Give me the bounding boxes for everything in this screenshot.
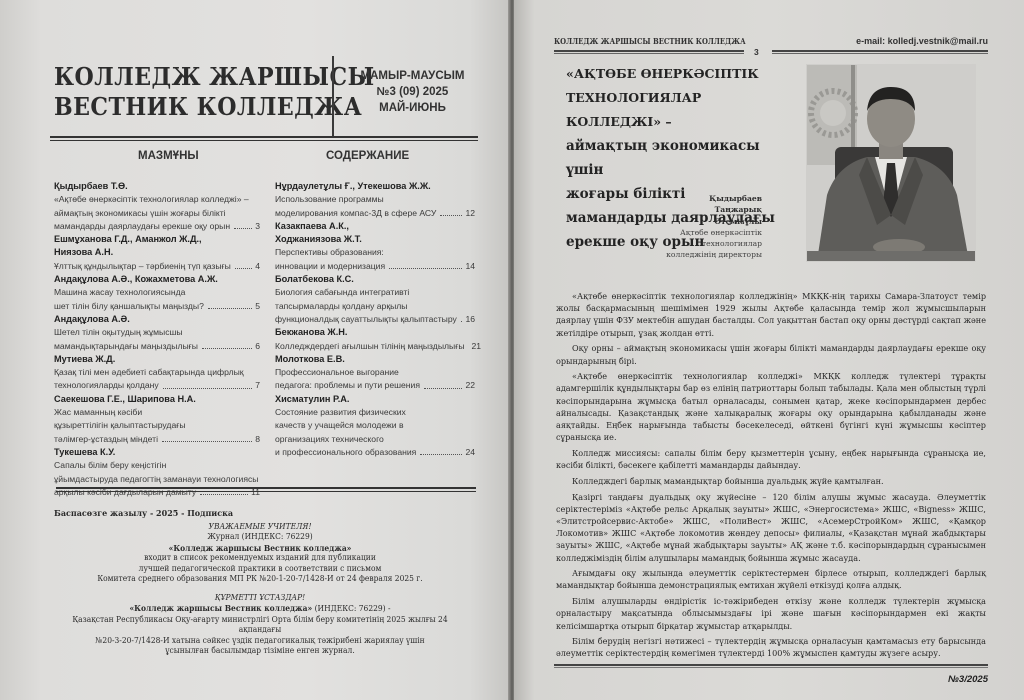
footer-issue-number: №3/2025 [948,674,988,685]
toc-entry-title-line: Ұлттық құндылықтар – тәрбиенің түп қазығ… [54,260,260,273]
toc-column-right: Нұрдаулетұлы Ғ., Утекешова Ж.Ж.Использов… [275,180,475,459]
toc-page-number: 8 [255,433,260,446]
toc-heading-kk: МАЗМҰНЫ [138,150,199,162]
toc-entry-title: құзыреттілігін қалыптастырудағы [54,419,260,432]
toc-entry-title: технологияларды қолдану [54,379,159,392]
director-photo [806,64,976,262]
toc-entry-title: «Ақтөбе өнеркәсіптік технологиялар колле… [54,193,260,206]
toc-page-number: 3 [255,220,260,233]
toc-entry-authors: Андақұлова А.Ә., Кожахметова А.Ж. [54,273,260,286]
toc-entry-authors: Ешмұханова Г.Д., Аманжол Ж.Д., [54,233,260,246]
toc-entry-title: аймақтың экономикасы үшін жоғары білікті [54,207,260,220]
toc-entry-authors: Мутиева Ж.Д. [54,353,260,366]
toc-entry-authors: Ходжаниязова Ж.Т. [275,233,475,246]
toc-entry[interactable]: Бекжанова Ж.Н.Колледждердегі ағылшын тіл… [275,326,475,353]
toc-leader-dots [440,207,462,216]
article-paragraph: «Ақтөбе өнеркәсіптік технологиялар колле… [556,370,986,443]
toc-entry[interactable]: Казакпаева А.К.,Ходжаниязова Ж.Т.Перспек… [275,220,475,273]
article-paragraph: Ағымдағы оқу жылында әлеуметтік серіктес… [556,567,986,591]
toc-entry-title-line: шет тілін білу қаншалықты маңызды?5 [54,300,260,313]
toc-entry-title: Колледждердегі ағылшын тілінің маңыздылы… [275,340,465,353]
toc-entry-title: тәлімгер-ұстаздың міндеті [54,433,158,446]
toc-entry-title-line: мамандарды даярлаудағы ерекше оқу орын3 [54,220,260,233]
toc-leader-dots [389,260,462,269]
toc-entry-title: тапсырмаларды қолдану арқылы [275,300,475,313]
toc-entry-authors: Молоткова Е.В. [275,353,475,366]
notice-ru-line: Комитета среднего образования МП РК №20-… [72,574,448,584]
toc-entry-authors: Нұрдаулетұлы Ғ., Утекешова Ж.Ж. [275,180,475,193]
toc-entry-title-line: технологияларды қолдану7 [54,379,260,392]
toc-heading-ru: СОДЕРЖАНИЕ [326,150,409,162]
notice-ru-journal-name: «Колледж жаршысы Вестник колледжа» [72,543,448,553]
toc-entry-title: Сапалы білім беру кеңістігін [54,459,260,472]
toc-leader-dots [162,433,252,442]
article-title-line: ТЕХНОЛОГИЯЛАР КОЛЛЕДЖІ» – [566,86,796,134]
subscription-heading: Баспасөзге жазылу - 2025 - Подписка [54,508,233,518]
right-page: КОЛЛЕДЖ ЖАРШЫСЫ ВЕСТНИК КОЛЛЕДЖА e-mail:… [514,0,1024,700]
toc-entry-title: Ұлттық құндылықтар – тәрбиенің түп қазығ… [54,260,231,273]
author-name-line: Өтемісұлы [666,216,762,227]
author-name-line: Таңжарық [666,204,762,215]
article-paragraph: Колледждегі барлық мамандықтар бойынша д… [556,475,986,487]
toc-entry-authors: Тукешева К.У. [54,446,260,459]
contact-email[interactable]: e-mail: kolledj.vestnik@mail.ru [856,36,988,46]
toc-entry-authors: Бекжанова Ж.Н. [275,326,475,339]
toc-entry[interactable]: Ешмұханова Г.Д., Аманжол Ж.Д.,Ниязова А.… [54,233,260,273]
notice-ru-line: лучшей педагогической практики в соответ… [72,564,448,574]
header-rule-left [554,50,744,54]
toc-entry[interactable]: Қыдырбаев Т.Ө.«Ақтөбе өнеркәсіптік техно… [54,180,260,233]
notice-ru: УВАЖАЕМЫЕ УЧИТЕЛЯ! Журнал (ИНДЕКС: 76229… [72,522,448,584]
toc-entry-title: функционалдық сауаттылықты қалыптастыру [275,313,457,326]
toc-entry-title: Биология сабағында интегративті [275,286,475,299]
toc-entry[interactable]: Андақұлова А.Ә., Кожахметова А.Ж.Машина … [54,273,260,313]
toc-page-number: 21 [472,340,482,353]
toc-entry-authors: Казакпаева А.К., [275,220,475,233]
notice-kk-journal-name: «Колледж жаршысы Вестник колледжа» [129,603,312,613]
article-body: «Ақтөбе өнеркәсіптік технологиялар колле… [556,290,986,663]
toc-entry-title-line: тәлімгер-ұстаздың міндеті8 [54,433,260,446]
toc-leader-dots [163,379,253,388]
notice-ru-line: входит в список рекомендуемых изданий дл… [72,553,448,563]
toc-leader-dots [420,446,462,455]
toc-entry-title-line: моделирования компас-3Д в сфере АСУ12 [275,207,475,220]
author-position-line: колледжінің директоры [666,249,762,260]
toc-entry-authors: Болатбекова К.С. [275,273,475,286]
toc-entry-title: Состояние развития физических [275,406,475,419]
article-title-line: аймақтың экономикасы үшін [566,134,796,182]
article-paragraph: Оқу орны – аймақтың экономикасы үшін жоғ… [556,342,986,366]
toc-entry-title-line: функционалдық сауаттылықты қалыптастыру1… [275,313,475,326]
toc-leader-dots [461,313,463,322]
issue-months-kk: МАМЫР-МАУСЫМ [345,68,480,84]
toc-entry[interactable]: Нұрдаулетұлы Ғ., Утекешова Ж.Ж.Использов… [275,180,475,220]
toc-column-left: Қыдырбаев Т.Ө.«Ақтөбе өнеркәсіптік техно… [54,180,260,499]
toc-entry[interactable]: Молоткова Е.В.Профессиональное выгорание… [275,353,475,393]
notice-kk-greeting: ҚҰРМЕТТІ ҰСТАЗДАР! [67,593,452,603]
toc-entry-authors: Ниязова А.Н. [54,246,260,259]
issue-number: №3 (09) 2025 [345,84,480,100]
header-rule-right [772,50,988,54]
issue-info: МАМЫР-МАУСЫМ №3 (09) 2025 МАЙ-ИЮНЬ [345,68,480,116]
toc-entry-title-line: инновации и модернизация14 [275,260,475,273]
notice-kk-line: №20-3-20-7/1428-И хатына сәйкес үздік пе… [67,636,452,646]
toc-entry-title: Шетел тілін оқытудың жұмысшы [54,326,260,339]
masthead-divider [332,56,334,136]
toc-bottom-rule [56,487,476,492]
masthead: КОЛЛЕДЖ ЖАРШЫСЫ ВЕСТНИК КОЛЛЕДЖА МАМЫР-М… [50,52,478,136]
toc-page-number: 7 [255,379,260,392]
article-paragraph: Колледж миссиясы: сапалы білім беру қызм… [556,447,986,471]
article-author: ҚыдырбаевТаңжарықӨтемісұлыАқтөбе өнеркәс… [666,193,762,261]
author-position-line: технологиялар [666,238,762,249]
journal-title-ru: ВЕСТНИК КОЛЛЕДЖА [54,92,362,121]
toc-page-number: 4 [255,260,260,273]
toc-entry-authors: Саекешова Г.Е., Шарипова Н.А. [54,393,260,406]
toc-entry-title-line: мамандықтарындағы маңыздылығы6 [54,340,260,353]
toc-entry[interactable]: Болатбекова К.С.Биология сабағында интег… [275,273,475,326]
toc-page-number: 6 [255,340,260,353]
portrait-image [807,65,975,261]
toc-leader-dots [424,379,462,388]
toc-entry-title: качеств у учащейся молодежи в [275,419,475,432]
journal-title-kk: КОЛЛЕДЖ ЖАРШЫСЫ [54,62,375,91]
toc-entry-authors: Андақұлова А.Ә. [54,313,260,326]
masthead-rule [50,136,478,141]
toc-entry-title: мамандарды даярлаудағы ерекше оқу орын [54,220,230,233]
page-number: 3 [754,47,759,57]
notice-kk: ҚҰРМЕТТІ ҰСТАЗДАР! «Колледж жаршысы Вест… [67,593,452,656]
toc-entry-title: и профессионального образования [275,446,416,459]
toc-entry-title: Использование программы [275,193,475,206]
article-paragraph: Білім берудің негізгі нәтижесі – түлекте… [556,635,986,659]
toc-entry-title: Профессиональное выгорание [275,366,475,379]
toc-page-number: 24 [465,446,475,459]
toc-page-number: 14 [465,260,475,273]
article-paragraph: «Ақтөбе өнеркәсіптік технологиялар колле… [556,290,986,339]
toc-entry[interactable]: Андақұлова А.Ә.Шетел тілін оқытудың жұмы… [54,313,260,353]
toc-entry-authors: Хисматулин Р.А. [275,393,475,406]
toc-entry-title: моделирования компас-3Д в сфере АСУ [275,207,436,220]
toc-page-number: 22 [465,379,475,392]
notice-kk-index: (ИНДЕКС: 76229) - [312,604,390,613]
toc-entry[interactable]: Хисматулин Р.А.Состояние развития физиче… [275,393,475,459]
toc-entry[interactable]: Мутиева Ж.Д.Қазақ тілі мен әдебиеті саба… [54,353,260,393]
footer-rule [554,664,988,668]
toc-entry-title: ұйымдастыруда педагогтің заманауи технол… [54,473,260,486]
article-title-line: «АҚТӨБЕ ӨНЕРКӘСІПТІК [566,62,796,86]
toc-entry-title: инновации и модернизация [275,260,385,273]
toc-page-number: 5 [255,300,260,313]
toc-entry-title: Машина жасау технологиясында [54,286,260,299]
issue-months-ru: МАЙ-ИЮНЬ [345,100,480,116]
notice-kk-line: Қазақстан Республикасы Оқу-ағарту минист… [67,615,452,636]
toc-entry-title: Жас маманның кәсіби [54,406,260,419]
notice-ru-line: Журнал (ИНДЕКС: 76229) [72,532,448,542]
toc-entry[interactable]: Саекешова Г.Е., Шарипова Н.А.Жас маманны… [54,393,260,446]
article-paragraph: Білім алушыларды өндірістік іс-тәжірибед… [556,595,986,632]
toc-entry-title: педагога: проблемы и пути решения [275,379,420,392]
notice-kk-line: ұсынылған басылымдар тізіміне енген журн… [67,646,452,656]
toc-entry-title-line: и профессионального образования24 [275,446,475,459]
toc-entry-title-line: педагога: проблемы и пути решения22 [275,379,475,392]
toc-entry-title-line: Колледждердегі ағылшын тілінің маңыздылы… [275,340,475,353]
toc-leader-dots [202,340,252,349]
toc-page-number: 16 [465,313,475,326]
toc-entry-title: шет тілін білу қаншалықты маңызды? [54,300,204,313]
toc-leader-dots [235,260,252,269]
toc-entry-title: Қазақ тілі мен әдебиеті сабақтарында циф… [54,366,260,379]
toc-leader-dots [208,300,252,309]
toc-entry-authors: Қыдырбаев Т.Ө. [54,180,260,193]
toc-page-number: 12 [465,207,475,220]
author-position-line: Ақтөбе өнеркәсіптік [666,227,762,238]
left-page: КОЛЛЕДЖ ЖАРШЫСЫ ВЕСТНИК КОЛЛЕДЖА МАМЫР-М… [0,0,510,700]
notice-ru-greeting: УВАЖАЕМЫЕ УЧИТЕЛЯ! [72,522,448,532]
article-paragraph: Қазіргі таңдағы дуальдық оқу жүйесіне – … [556,491,986,564]
toc-entry-title: Перспективы образования: [275,246,475,259]
running-head: КОЛЛЕДЖ ЖАРШЫСЫ ВЕСТНИК КОЛЛЕДЖА [554,36,746,46]
toc-leader-dots [234,220,252,229]
author-name-line: Қыдырбаев [666,193,762,204]
toc-entry-title: мамандықтарындағы маңыздылығы [54,340,198,353]
toc-entry-title: организациях технического [275,433,475,446]
